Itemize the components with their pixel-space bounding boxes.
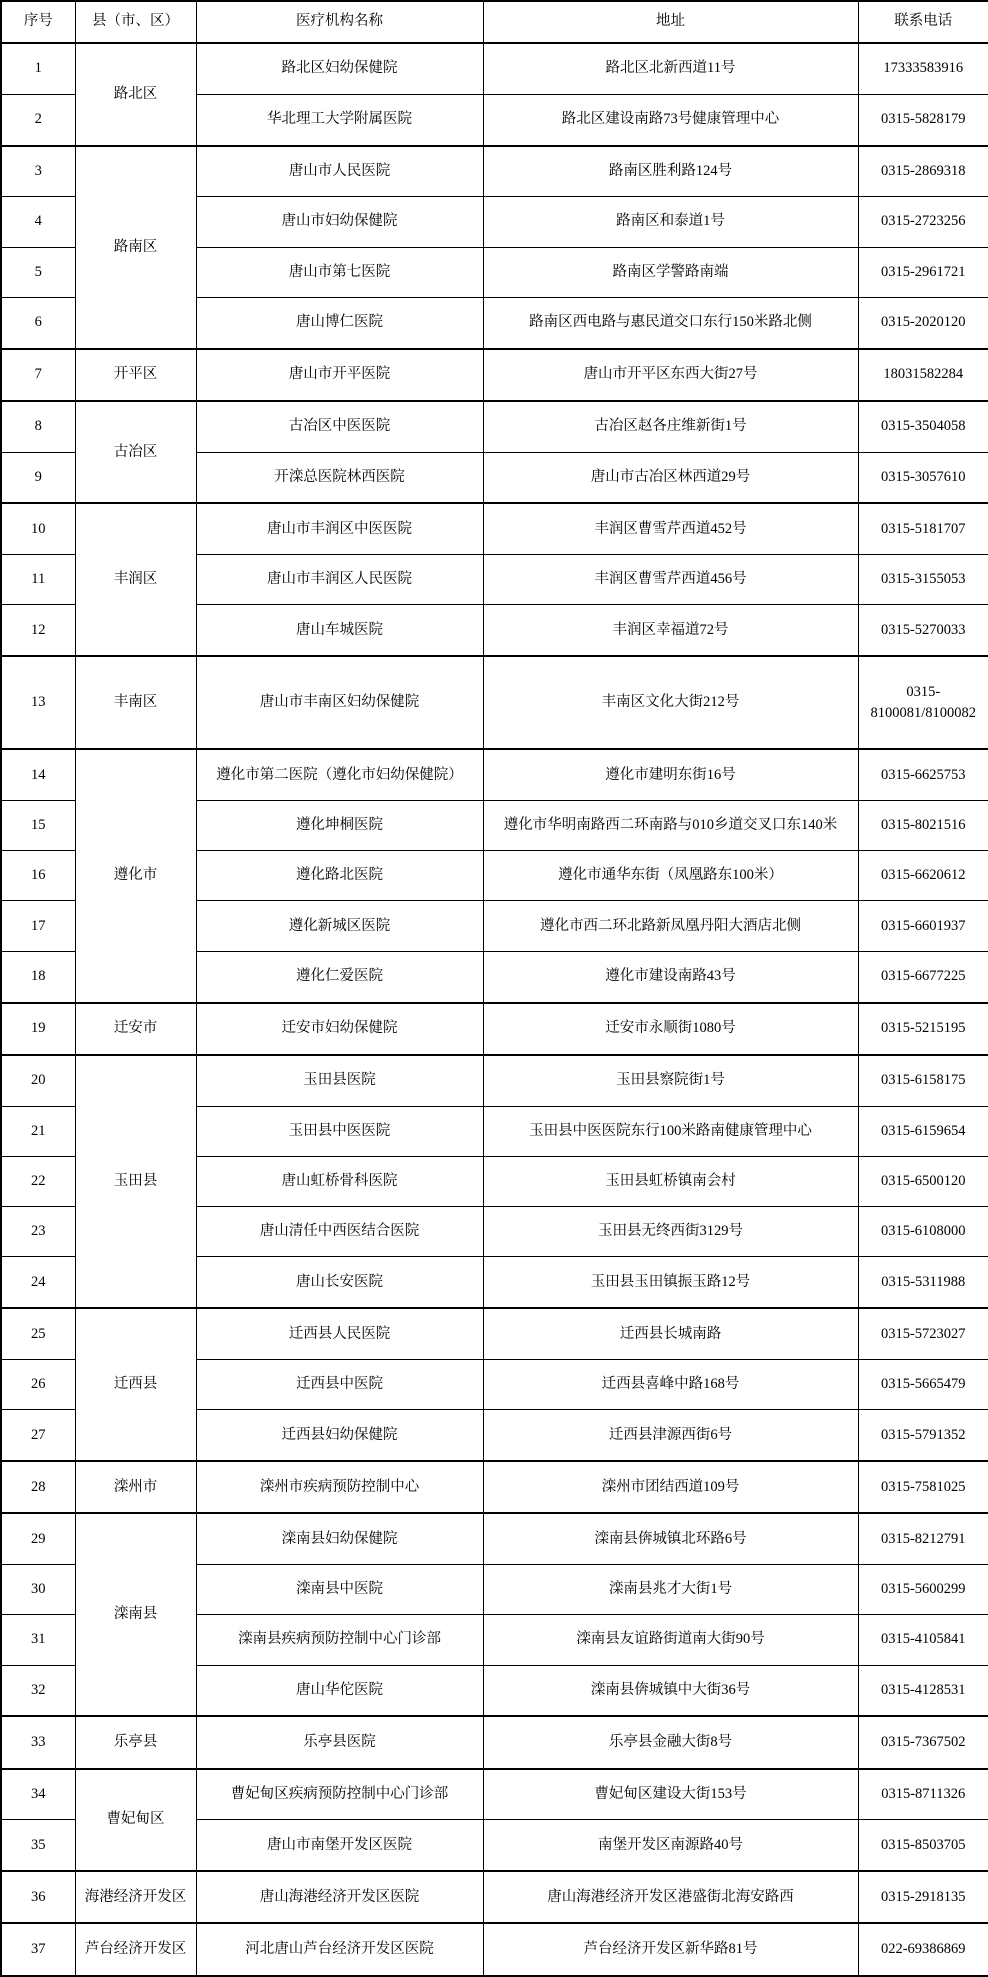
- table-row: 28滦州市滦州市疾病预防控制中心滦州市团结西道109号0315-7581025: [1, 1461, 988, 1513]
- address-cell: 芦台经济开发区新华路81号: [483, 1923, 858, 1976]
- row-number-cell: 7: [1, 349, 75, 401]
- address-cell: 玉田县无终西街3129号: [483, 1207, 858, 1257]
- row-number-cell: 1: [1, 43, 75, 94]
- address-cell: 遵化市建明东街16号: [483, 749, 858, 800]
- district-cell: 丰南区: [75, 656, 196, 749]
- phone-cell: 0315-2961721: [858, 247, 988, 297]
- row-number-cell: 3: [1, 146, 75, 197]
- institution-name-cell: 玉田县医院: [196, 1055, 483, 1106]
- phone-cell: 0315-7367502: [858, 1716, 988, 1768]
- institution-name-cell: 唐山虹桥骨科医院: [196, 1156, 483, 1206]
- address-cell: 遵化市通华东街（凤凰路东100米）: [483, 851, 858, 901]
- address-cell: 路南区学警路南端: [483, 247, 858, 297]
- table-row: 7开平区唐山市开平医院唐山市开平区东西大街27号18031582284: [1, 349, 988, 401]
- table-row: 8古冶区古冶区中医医院古冶区赵各庄维新街1号0315-3504058: [1, 401, 988, 452]
- phone-cell: 022-69386869: [858, 1923, 988, 1976]
- row-number-cell: 9: [1, 452, 75, 503]
- phone-cell: 18031582284: [858, 349, 988, 401]
- address-cell: 丰润区曹雪芹西道456号: [483, 555, 858, 605]
- row-number-cell: 8: [1, 401, 75, 452]
- institution-name-cell: 滦南县中医院: [196, 1565, 483, 1615]
- address-cell: 南堡开发区南源路40号: [483, 1820, 858, 1871]
- table-row: 29滦南县滦南县妇幼保健院滦南县倴城镇北环路6号0315-8212791: [1, 1513, 988, 1564]
- phone-cell: 0315-4105841: [858, 1615, 988, 1665]
- institution-name-cell: 乐亭县医院: [196, 1716, 483, 1768]
- district-cell: 古冶区: [75, 401, 196, 504]
- phone-cell: 0315-2918135: [858, 1871, 988, 1923]
- address-cell: 唐山市古冶区林西道29号: [483, 452, 858, 503]
- row-number-cell: 22: [1, 1156, 75, 1206]
- institution-name-cell: 唐山市丰润区中医医院: [196, 503, 483, 554]
- row-number-cell: 35: [1, 1820, 75, 1871]
- district-cell: 芦台经济开发区: [75, 1923, 196, 1976]
- institution-name-cell: 遵化新城区医院: [196, 901, 483, 951]
- table-row: 1路北区路北区妇幼保健院路北区北新西道11号17333583916: [1, 43, 988, 94]
- table-row: 33乐亭县乐亭县医院乐亭县金融大街8号0315-7367502: [1, 1716, 988, 1768]
- row-number-cell: 12: [1, 605, 75, 656]
- header-institution-name: 医疗机构名称: [196, 1, 483, 43]
- institution-name-cell: 唐山市丰南区妇幼保健院: [196, 656, 483, 749]
- phone-cell: 0315-6601937: [858, 901, 988, 951]
- address-cell: 玉田县察院街1号: [483, 1055, 858, 1106]
- table-row: 37芦台经济开发区河北唐山芦台经济开发区医院芦台经济开发区新华路81号022-6…: [1, 1923, 988, 1976]
- medical-institutions-table: 序号 县（市、区） 医疗机构名称 地址 联系电话 1路北区路北区妇幼保健院路北区…: [0, 0, 988, 1977]
- address-cell: 路南区和泰道1号: [483, 197, 858, 247]
- address-cell: 古冶区赵各庄维新街1号: [483, 401, 858, 452]
- table-row: 36海港经济开发区唐山海港经济开发区医院唐山海港经济开发区港盛街北海安路西031…: [1, 1871, 988, 1923]
- row-number-cell: 14: [1, 749, 75, 800]
- row-number-cell: 15: [1, 800, 75, 850]
- institution-name-cell: 华北理工大学附属医院: [196, 94, 483, 145]
- phone-cell: 0315-8212791: [858, 1513, 988, 1564]
- phone-cell: 0315-5723027: [858, 1308, 988, 1359]
- table-row: 25迁西县迁西县人民医院迁西县长城南路0315-5723027: [1, 1308, 988, 1359]
- phone-cell: 0315- 8100081/8100082: [858, 656, 988, 749]
- institution-name-cell: 迁安市妇幼保健院: [196, 1003, 483, 1055]
- phone-cell: 0315-5181707: [858, 503, 988, 554]
- institution-name-cell: 唐山车城医院: [196, 605, 483, 656]
- district-cell: 海港经济开发区: [75, 1871, 196, 1923]
- row-number-cell: 11: [1, 555, 75, 605]
- address-cell: 迁西县长城南路: [483, 1308, 858, 1359]
- address-cell: 滦南县友谊路街道南大街90号: [483, 1615, 858, 1665]
- phone-cell: 0315-8021516: [858, 800, 988, 850]
- table-row: 14遵化市遵化市第二医院（遵化市妇幼保健院）遵化市建明东街16号0315-662…: [1, 749, 988, 800]
- phone-cell: 0315-5215195: [858, 1003, 988, 1055]
- institution-name-cell: 滦南县疾病预防控制中心门诊部: [196, 1615, 483, 1665]
- institution-name-cell: 唐山市妇幼保健院: [196, 197, 483, 247]
- phone-cell: 17333583916: [858, 43, 988, 94]
- phone-cell: 0315-4128531: [858, 1665, 988, 1716]
- phone-cell: 0315-6500120: [858, 1156, 988, 1206]
- row-number-cell: 17: [1, 901, 75, 951]
- row-number-cell: 13: [1, 656, 75, 749]
- header-address: 地址: [483, 1, 858, 43]
- district-cell: 开平区: [75, 349, 196, 401]
- phone-cell: 0315-8711326: [858, 1769, 988, 1820]
- address-cell: 迁西县津源西街6号: [483, 1410, 858, 1461]
- district-cell: 路北区: [75, 43, 196, 146]
- row-number-cell: 20: [1, 1055, 75, 1106]
- institution-name-cell: 古冶区中医医院: [196, 401, 483, 452]
- institution-name-cell: 唐山博仁医院: [196, 297, 483, 348]
- table-header-row: 序号 县（市、区） 医疗机构名称 地址 联系电话: [1, 1, 988, 43]
- address-cell: 路北区建设南路73号健康管理中心: [483, 94, 858, 145]
- row-number-cell: 29: [1, 1513, 75, 1564]
- institution-name-cell: 迁西县人民医院: [196, 1308, 483, 1359]
- table-row: 3路南区唐山市人民医院路南区胜利路124号0315-2869318: [1, 146, 988, 197]
- institution-name-cell: 唐山长安医院: [196, 1257, 483, 1308]
- table-body: 1路北区路北区妇幼保健院路北区北新西道11号173335839162华北理工大学…: [1, 43, 988, 1976]
- institution-name-cell: 唐山市第七医院: [196, 247, 483, 297]
- address-cell: 曹妃甸区建设大街153号: [483, 1769, 858, 1820]
- address-cell: 滦南县倴城镇北环路6号: [483, 1513, 858, 1564]
- row-number-cell: 30: [1, 1565, 75, 1615]
- address-cell: 丰润区曹雪芹西道452号: [483, 503, 858, 554]
- district-cell: 迁西县: [75, 1308, 196, 1461]
- institution-name-cell: 唐山市人民医院: [196, 146, 483, 197]
- header-phone: 联系电话: [858, 1, 988, 43]
- table-row: 19迁安市迁安市妇幼保健院迁安市永顺街1080号0315-5215195: [1, 1003, 988, 1055]
- address-cell: 滦南县兆才大街1号: [483, 1565, 858, 1615]
- row-number-cell: 36: [1, 1871, 75, 1923]
- address-cell: 玉田县虹桥镇南会村: [483, 1156, 858, 1206]
- district-cell: 迁安市: [75, 1003, 196, 1055]
- address-cell: 滦州市团结西道109号: [483, 1461, 858, 1513]
- phone-cell: 0315-6677225: [858, 951, 988, 1002]
- institution-name-cell: 遵化市第二医院（遵化市妇幼保健院）: [196, 749, 483, 800]
- address-cell: 迁西县喜峰中路168号: [483, 1359, 858, 1409]
- phone-cell: 0315-5270033: [858, 605, 988, 656]
- row-number-cell: 31: [1, 1615, 75, 1665]
- address-cell: 遵化市西二环北路新凤凰丹阳大酒店北侧: [483, 901, 858, 951]
- row-number-cell: 10: [1, 503, 75, 554]
- address-cell: 丰润区幸福道72号: [483, 605, 858, 656]
- institution-name-cell: 开滦总医院林西医院: [196, 452, 483, 503]
- institution-name-cell: 路北区妇幼保健院: [196, 43, 483, 94]
- phone-cell: 0315-5311988: [858, 1257, 988, 1308]
- institution-name-cell: 滦州市疾病预防控制中心: [196, 1461, 483, 1513]
- institution-name-cell: 遵化仁爱医院: [196, 951, 483, 1002]
- phone-cell: 0315-6108000: [858, 1207, 988, 1257]
- institution-name-cell: 遵化坤桐医院: [196, 800, 483, 850]
- address-cell: 路南区胜利路124号: [483, 146, 858, 197]
- institution-name-cell: 迁西县妇幼保健院: [196, 1410, 483, 1461]
- row-number-cell: 24: [1, 1257, 75, 1308]
- institution-name-cell: 河北唐山芦台经济开发区医院: [196, 1923, 483, 1976]
- address-cell: 遵化市建设南路43号: [483, 951, 858, 1002]
- institution-name-cell: 曹妃甸区疾病预防控制中心门诊部: [196, 1769, 483, 1820]
- phone-cell: 0315-6620612: [858, 851, 988, 901]
- institution-name-cell: 唐山市开平医院: [196, 349, 483, 401]
- table-row: 34曹妃甸区曹妃甸区疾病预防控制中心门诊部曹妃甸区建设大街153号0315-87…: [1, 1769, 988, 1820]
- district-cell: 曹妃甸区: [75, 1769, 196, 1872]
- phone-cell: 0315-7581025: [858, 1461, 988, 1513]
- row-number-cell: 25: [1, 1308, 75, 1359]
- district-cell: 滦南县: [75, 1513, 196, 1716]
- row-number-cell: 32: [1, 1665, 75, 1716]
- phone-cell: 0315-6625753: [858, 749, 988, 800]
- phone-cell: 0315-5600299: [858, 1565, 988, 1615]
- row-number-cell: 33: [1, 1716, 75, 1768]
- phone-cell: 0315-2020120: [858, 297, 988, 348]
- institution-name-cell: 迁西县中医院: [196, 1359, 483, 1409]
- row-number-cell: 6: [1, 297, 75, 348]
- row-number-cell: 28: [1, 1461, 75, 1513]
- row-number-cell: 27: [1, 1410, 75, 1461]
- address-cell: 路北区北新西道11号: [483, 43, 858, 94]
- row-number-cell: 34: [1, 1769, 75, 1820]
- row-number-cell: 37: [1, 1923, 75, 1976]
- district-cell: 乐亭县: [75, 1716, 196, 1768]
- address-cell: 滦南县倴城镇中大街36号: [483, 1665, 858, 1716]
- institution-name-cell: 唐山海港经济开发区医院: [196, 1871, 483, 1923]
- table-row: 20玉田县玉田县医院玉田县察院街1号0315-6158175: [1, 1055, 988, 1106]
- phone-cell: 0315-5828179: [858, 94, 988, 145]
- header-district: 县（市、区）: [75, 1, 196, 43]
- phone-cell: 0315-6158175: [858, 1055, 988, 1106]
- phone-cell: 0315-2869318: [858, 146, 988, 197]
- institution-name-cell: 唐山华佗医院: [196, 1665, 483, 1716]
- row-number-cell: 21: [1, 1106, 75, 1156]
- address-cell: 唐山市开平区东西大街27号: [483, 349, 858, 401]
- row-number-cell: 18: [1, 951, 75, 1002]
- district-cell: 遵化市: [75, 749, 196, 1002]
- district-cell: 滦州市: [75, 1461, 196, 1513]
- phone-cell: 0315-5665479: [858, 1359, 988, 1409]
- row-number-cell: 23: [1, 1207, 75, 1257]
- table-row: 10丰润区唐山市丰润区中医医院丰润区曹雪芹西道452号0315-5181707: [1, 503, 988, 554]
- address-cell: 唐山海港经济开发区港盛街北海安路西: [483, 1871, 858, 1923]
- phone-cell: 0315-3057610: [858, 452, 988, 503]
- address-cell: 遵化市华明南路西二环南路与010乡道交叉口东140米: [483, 800, 858, 850]
- address-cell: 玉田县玉田镇振玉路12号: [483, 1257, 858, 1308]
- address-cell: 丰南区文化大街212号: [483, 656, 858, 749]
- institution-name-cell: 滦南县妇幼保健院: [196, 1513, 483, 1564]
- phone-cell: 0315-3155053: [858, 555, 988, 605]
- institution-name-cell: 唐山清任中西医结合医院: [196, 1207, 483, 1257]
- phone-cell: 0315-3504058: [858, 401, 988, 452]
- district-cell: 丰润区: [75, 503, 196, 656]
- phone-cell: 0315-6159654: [858, 1106, 988, 1156]
- phone-cell: 0315-2723256: [858, 197, 988, 247]
- row-number-cell: 19: [1, 1003, 75, 1055]
- district-cell: 玉田县: [75, 1055, 196, 1308]
- address-cell: 迁安市永顺街1080号: [483, 1003, 858, 1055]
- row-number-cell: 5: [1, 247, 75, 297]
- row-number-cell: 26: [1, 1359, 75, 1409]
- header-serial-number: 序号: [1, 1, 75, 43]
- institution-name-cell: 遵化路北医院: [196, 851, 483, 901]
- row-number-cell: 16: [1, 851, 75, 901]
- institution-name-cell: 唐山市南堡开发区医院: [196, 1820, 483, 1871]
- district-cell: 路南区: [75, 146, 196, 349]
- institution-name-cell: 玉田县中医医院: [196, 1106, 483, 1156]
- institution-name-cell: 唐山市丰润区人民医院: [196, 555, 483, 605]
- table-row: 13丰南区唐山市丰南区妇幼保健院丰南区文化大街212号0315- 8100081…: [1, 656, 988, 749]
- row-number-cell: 4: [1, 197, 75, 247]
- phone-cell: 0315-8503705: [858, 1820, 988, 1871]
- address-cell: 路南区西电路与惠民道交口东行150米路北侧: [483, 297, 858, 348]
- phone-cell: 0315-5791352: [858, 1410, 988, 1461]
- address-cell: 玉田县中医医院东行100米路南健康管理中心: [483, 1106, 858, 1156]
- row-number-cell: 2: [1, 94, 75, 145]
- address-cell: 乐亭县金融大街8号: [483, 1716, 858, 1768]
